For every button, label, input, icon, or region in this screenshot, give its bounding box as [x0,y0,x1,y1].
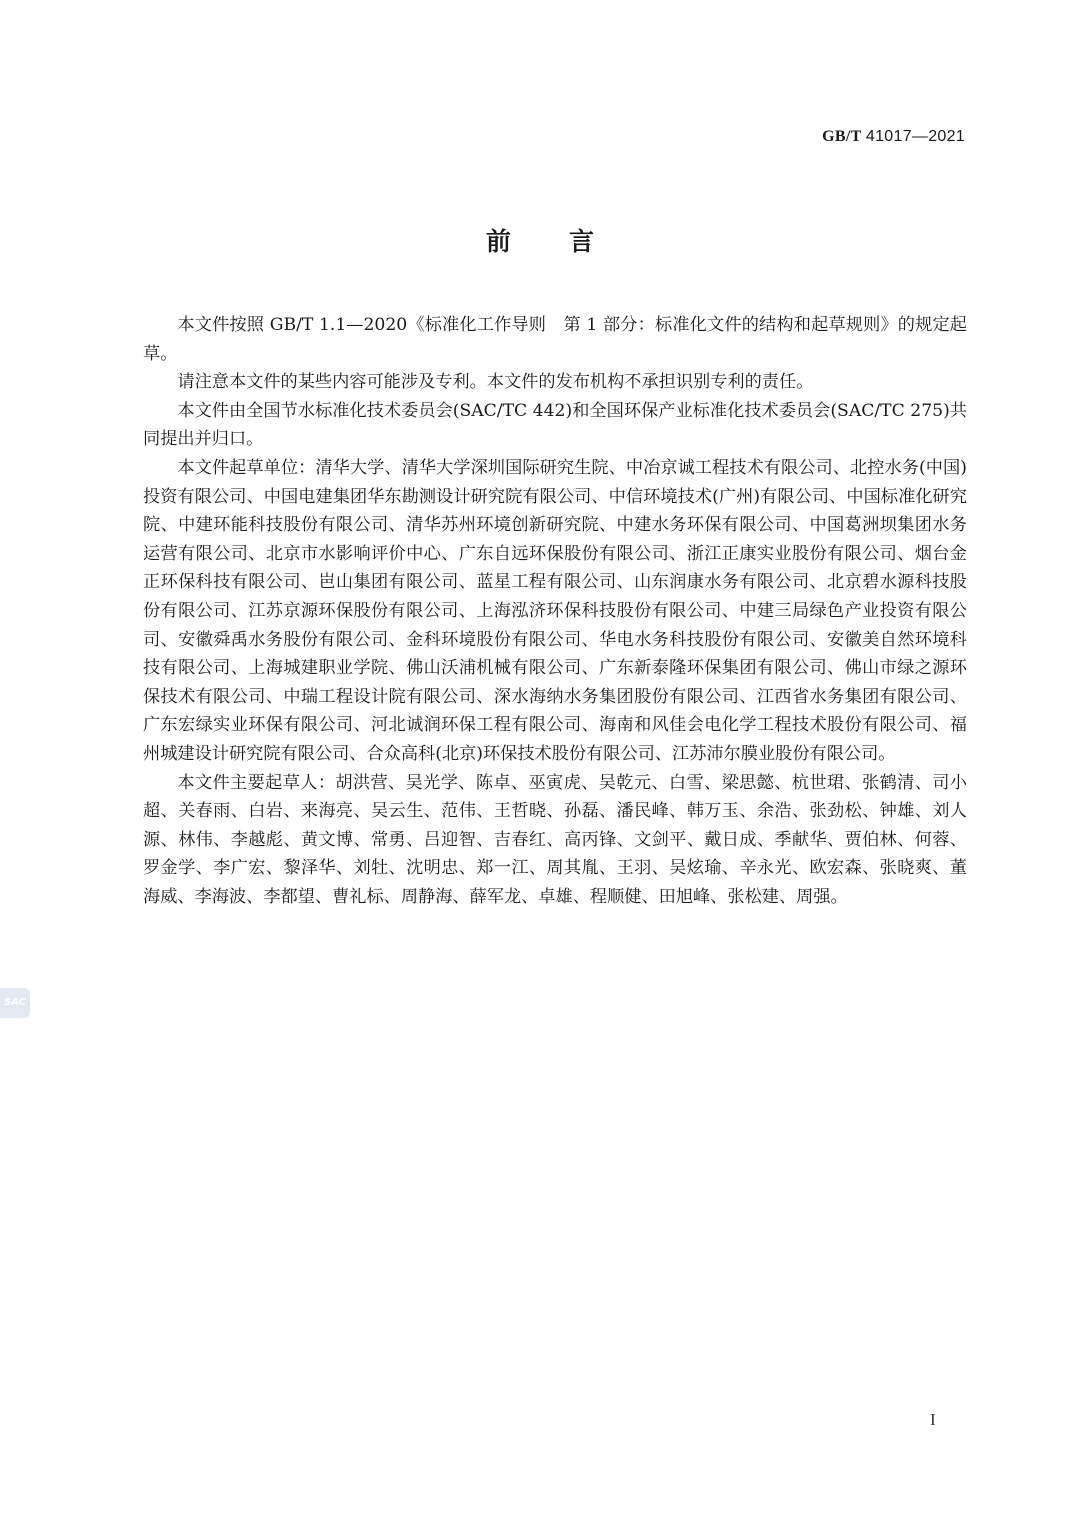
page-title: 前言 [0,222,1080,258]
paragraph-drafters: 本文件主要起草人：胡洪营、吴光学、陈卓、巫寅虎、吴乾元、白雪、梁思懿、杭世珺、张… [143,769,967,912]
page-number: I [930,1410,936,1430]
paragraph-drafting-units: 本文件起草单位：清华大学、清华大学深圳国际研究生院、中冶京诚工程技术有限公司、北… [143,454,967,769]
sac-logo-watermark: SAC [0,988,30,1018]
standard-prefix: GB/T [822,128,861,145]
standard-code: GB/T 41017—2021 [822,128,965,146]
paragraph-drafting-rules: 本文件按照 GB/T 1.1—2020《标准化工作导则 第 1 部分：标准化文件… [143,311,967,368]
foreword-body: 本文件按照 GB/T 1.1—2020《标准化工作导则 第 1 部分：标准化文件… [143,311,967,911]
paragraph-proposer: 本文件由全国节水标准化技术委员会(SAC/TC 442)和全国环保产业标准化技术… [143,397,967,454]
standard-number: 41017—2021 [866,128,965,145]
paragraph-patent-notice: 请注意本文件的某些内容可能涉及专利。本文件的发布机构不承担识别专利的责任。 [143,368,967,397]
